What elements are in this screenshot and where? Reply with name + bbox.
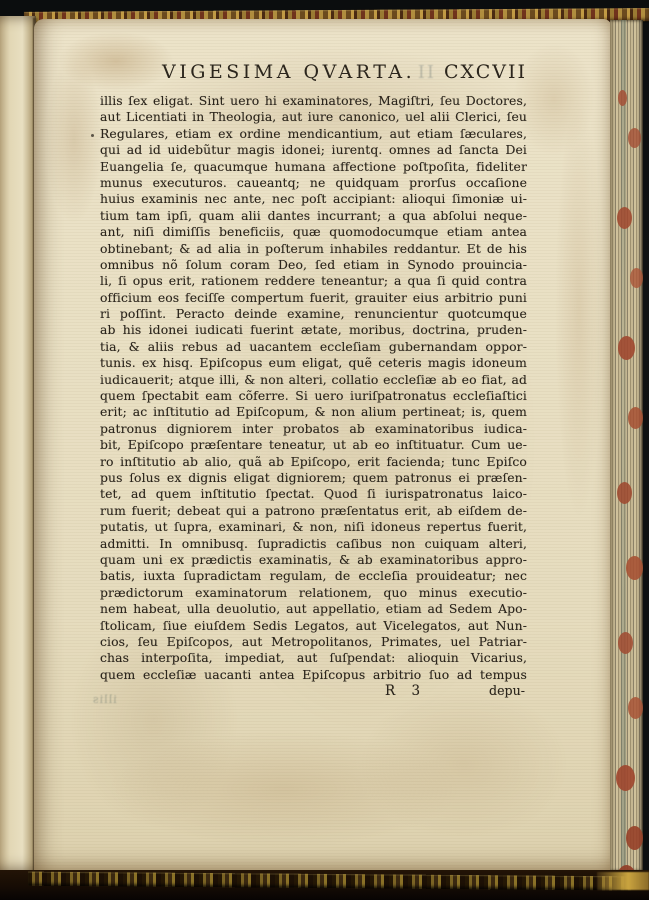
text-line: cios, ſeu Epiſcopos, aut Metropolitanos,…: [100, 634, 527, 650]
session-title: VIGESIMA QVARTA.: [162, 61, 415, 83]
text-line: obtinebant; & ad alia in poſterum inhabi…: [100, 241, 527, 257]
book-photograph: VIGESIMA QVARTA. II CXCVII illis ſex eli…: [0, 0, 649, 900]
show-through-mark: II: [418, 62, 436, 83]
text-line: ri poſſint. Peracto deinde examine, renu…: [100, 306, 527, 322]
direction-line: R 3 depu-: [100, 683, 527, 701]
gilt-bottom-edge: [0, 870, 649, 900]
text-line: munus executuros. caueantq; ne quidquam …: [100, 175, 527, 191]
folio-number: CXCVII: [444, 61, 527, 83]
margin-mark: [91, 134, 94, 137]
running-header: VIGESIMA QVARTA. II CXCVII: [100, 61, 527, 83]
text-line: omnibus nõ ſolum coram Deo, ſed etiam in…: [100, 257, 527, 273]
text-line: tet, ad quem inſtitutio ſpectat. Quod ſi…: [100, 486, 527, 502]
text-line: illis ſex eligat. Sint uero hi examinato…: [100, 93, 527, 109]
signature-mark: R 3: [385, 683, 420, 699]
text-line: nem habeat, ulla deuolutio, aut appellat…: [100, 601, 527, 617]
text-line: chas interpoſita, impediat, aut ſuſpenda…: [100, 650, 527, 666]
catchword: depu-: [489, 683, 525, 698]
text-line: erit; ac inſtitutio ad Epiſcopum, & non …: [100, 404, 527, 420]
text-line: qui ad id uidebũtur magis idonei; iurent…: [100, 142, 527, 158]
text-line: ant, niſi dimiſſis beneficiis, quæ quomo…: [100, 224, 527, 240]
text-line: tium tam ipſi, quam alii dantes incurran…: [100, 208, 527, 224]
text-line: pus ſolus ex dignis eligat digniorem; qu…: [100, 470, 527, 486]
text-line: quem ſpectabit eam cõferre. Si uero iuri…: [100, 388, 527, 404]
text-line: aut Licentiati in Theologia, aut iure ca…: [100, 109, 527, 125]
text-line: putatis, ut ſupra, examinari, & non, niſ…: [100, 519, 527, 535]
fore-edge: [610, 20, 643, 871]
text-line: tia, & aliis rebus ad uacantem eccleſiam…: [100, 339, 527, 355]
text-line: Euangelia ſe, quacumque humana affection…: [100, 159, 527, 175]
text-line: bit, Epiſcopo præſentare teneatur, ut ab…: [100, 437, 527, 453]
fore-edge-streak: [621, 20, 626, 871]
book-page: VIGESIMA QVARTA. II CXCVII illis ſex eli…: [34, 19, 612, 872]
text-line: ab his idonei iudicati fuerint ætate, mo…: [100, 322, 527, 338]
gilt-bottom-corner: [597, 872, 649, 890]
text-line: prædictorum examinatorum relationem, quo…: [100, 585, 527, 601]
text-line: li, ſi opus erit, rationem reddere tenea…: [100, 273, 527, 289]
text-line: huius examinis nec ante, nec poſt accipi…: [100, 191, 527, 207]
text-line: quem eccleſiæ uacanti antea Epiſcopus ar…: [100, 667, 527, 683]
text-line: Regulares, etiam ex ordine mendicantium,…: [100, 126, 527, 142]
text-line: batis, iuxta ſupradictam regulam, de ecc…: [100, 568, 527, 584]
text-line: tunis. ex hisq. Epiſcopus eum eligat, qu…: [100, 355, 527, 371]
text-line: admitti. In omnibusq. ſupradictis caſibu…: [100, 536, 527, 552]
fore-edge-speckles: [618, 90, 627, 106]
show-through-text: illis: [92, 693, 117, 706]
facing-page-edge: [0, 16, 36, 873]
text-line: ſtolicam, ſiue eiuſdem Sedis Legatos, au…: [100, 618, 527, 634]
gilt-bottom-pattern: [28, 872, 632, 891]
text-line: officium eos feciſſe compertum fuerit, g…: [100, 290, 527, 306]
text-line: ro inſtitutio ab alio, quã ab Epiſcopo, …: [100, 454, 527, 470]
text-line: iudicauerit; atque illi, & non alteri, c…: [100, 372, 527, 388]
text-line: patronus digniorem inter probatos ab exa…: [100, 421, 527, 437]
text-line: quam uni ex prædictis examinatis, & ab e…: [100, 552, 527, 568]
text-line: rum fuerit; debeat qui a patrono præſent…: [100, 503, 527, 519]
body-text: illis ſex eligat. Sint uero hi examinato…: [100, 93, 527, 683]
